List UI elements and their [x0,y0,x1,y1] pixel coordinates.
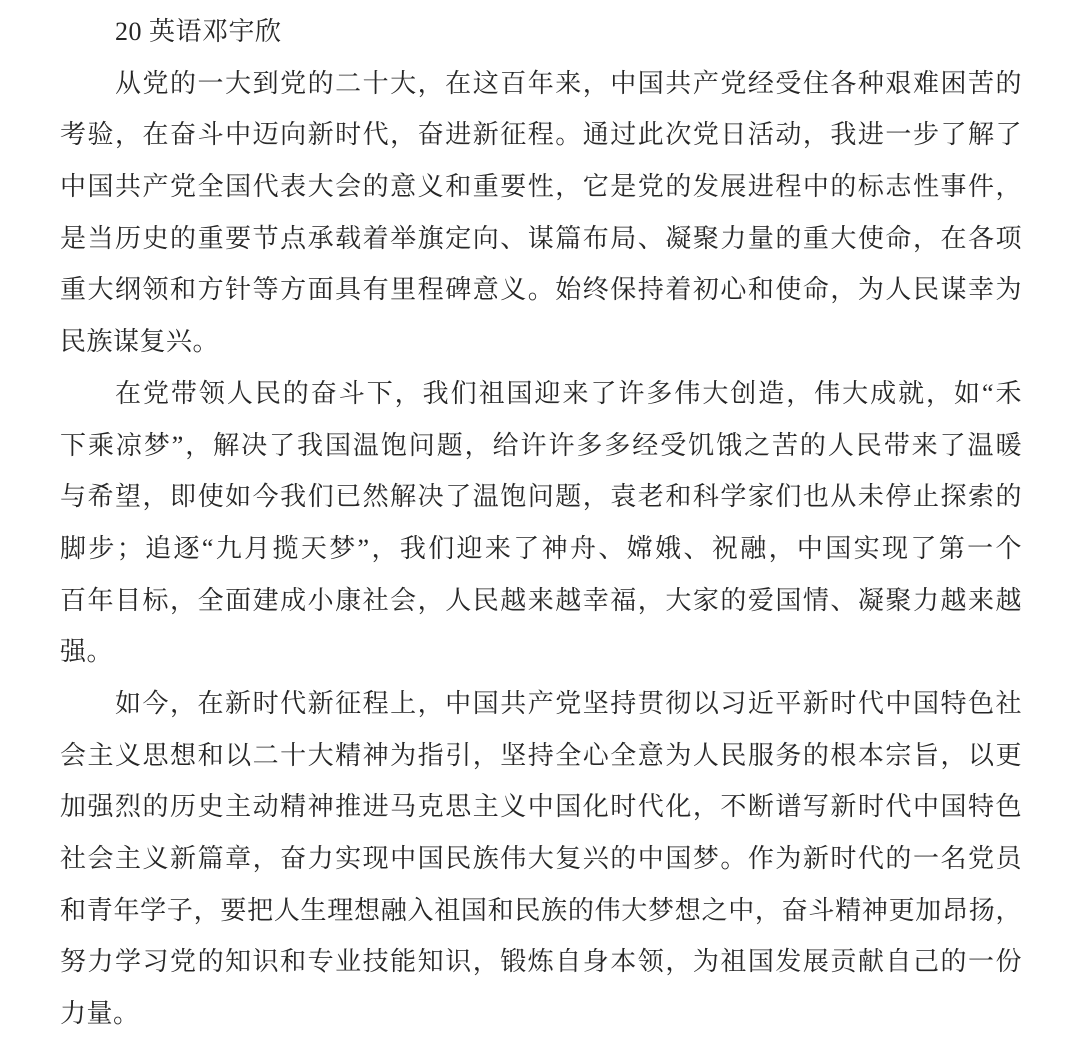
text-line: 和青年学子，要把人生理想融入祖国和民族的伟大梦想之中，奋斗精神更加昂扬， [60,885,1022,937]
text-line: 与希望，即使如今我们已然解决了温饱问题，袁老和科学家们也从未停止探索的 [60,471,1022,523]
text-line: 努力学习党的知识和专业技能知识，锻炼自身本领，为祖国发展贡献自己的一份 [60,936,1022,988]
text-line: 下乘凉梦”，解决了我国温饱问题，给许许多多经受饥饿之苦的人民带来了温暖 [60,420,1022,472]
text-line: 是当历史的重要节点承载着举旗定向、谋篇布局、凝聚力量的重大使命，在各项 [60,213,1022,265]
text-line: 力量。 [60,988,1022,1040]
document-body: 从党的一大到党的二十大，在这百年来，中国共产党经受住各种艰难困苦的考验，在奋斗中… [60,58,1022,1040]
text-line: 重大纲领和方针等方面具有里程碑意义。始终保持着初心和使命，为人民谋幸为 [60,264,1022,316]
document-page: 20 英语邓宇欣 从党的一大到党的二十大，在这百年来，中国共产党经受住各种艰难困… [0,0,1080,1041]
text-line: 百年目标，全面建成小康社会，人民越来越幸福，大家的爱国情、凝聚力越来越 [60,575,1022,627]
text-line: 如今，在新时代新征程上，中国共产党坚持贯彻以习近平新时代中国特色社 [60,678,1022,730]
text-line: 中国共产党全国代表大会的意义和重要性，它是党的发展进程中的标志性事件， [60,161,1022,213]
document-header: 20 英语邓宇欣 [60,6,1022,58]
text-line: 加强烈的历史主动精神推进马克思主义中国化时代化，不断谱写新时代中国特色 [60,781,1022,833]
paragraph: 在党带领人民的奋斗下，我们祖国迎来了许多伟大创造，伟大成就，如“禾下乘凉梦”，解… [60,368,1022,678]
text-line: 社会主义新篇章，奋力实现中国民族伟大复兴的中国梦。作为新时代的一名党员 [60,833,1022,885]
paragraph: 从党的一大到党的二十大，在这百年来，中国共产党经受住各种艰难困苦的考验，在奋斗中… [60,58,1022,368]
text-line: 会主义思想和以二十大精神为指引，坚持全心全意为人民服务的根本宗旨，以更 [60,730,1022,782]
text-line: 从党的一大到党的二十大，在这百年来，中国共产党经受住各种艰难困苦的 [60,58,1022,110]
text-line: 考验，在奋斗中迈向新时代，奋进新征程。通过此次党日活动，我进一步了解了 [60,109,1022,161]
text-line: 脚步；追逐“九月揽天梦”，我们迎来了神舟、嫦娥、祝融，中国实现了第一个 [60,523,1022,575]
text-line: 民族谋复兴。 [60,316,1022,368]
text-line: 在党带领人民的奋斗下，我们祖国迎来了许多伟大创造，伟大成就，如“禾 [60,368,1022,420]
paragraph: 如今，在新时代新征程上，中国共产党坚持贯彻以习近平新时代中国特色社会主义思想和以… [60,678,1022,1040]
text-line: 强。 [60,626,1022,678]
